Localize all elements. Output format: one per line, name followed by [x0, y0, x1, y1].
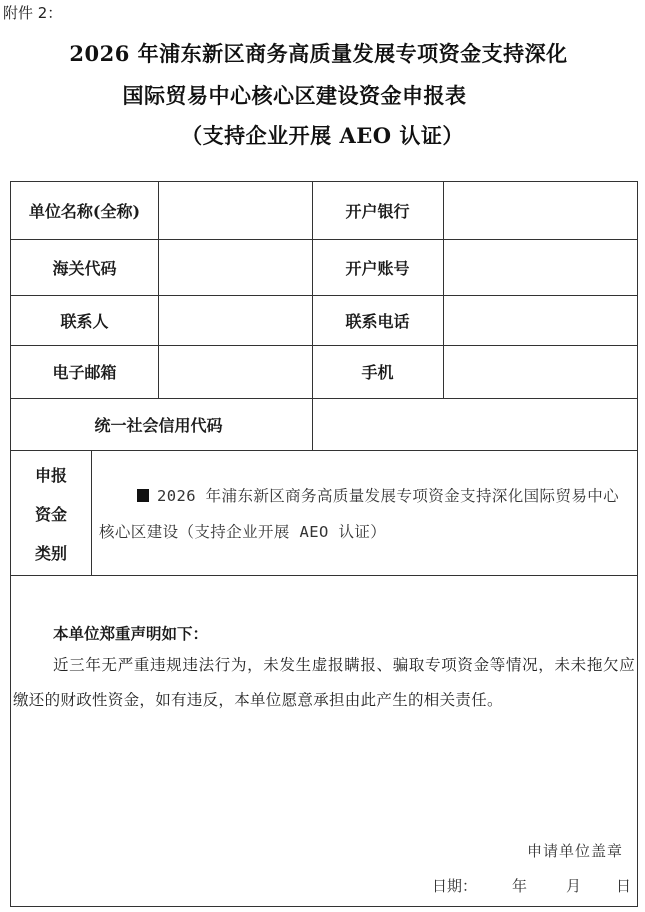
- row-divider: [11, 575, 637, 576]
- date-year: 年: [512, 875, 566, 896]
- label-company-name: 单位名称(全称): [11, 182, 158, 239]
- fund-category-option-text: 2026 年浦东新区商务高质量发展专项资金支持深化国际贸易中心核心区建设（支持企…: [99, 487, 619, 541]
- label-fund-category-line: 资金: [35, 502, 67, 525]
- label-customs-code: 海关代码: [11, 239, 158, 295]
- label-fund-category-line: 申报: [35, 463, 67, 486]
- col-divider: [91, 450, 92, 575]
- application-form-table: 单位名称(全称) 开户银行 海关代码 开户账号 联系人 联系电话 电子邮箱 手机…: [10, 181, 638, 907]
- label-fund-category: 申报 资金 类别: [11, 451, 91, 576]
- seal-label: 申请单位盖章: [527, 840, 623, 861]
- mobile-field[interactable]: [443, 345, 637, 398]
- page-title-line-2: 国际贸易中心核心区建设资金申报表: [0, 80, 617, 110]
- account-number-field[interactable]: [443, 239, 637, 295]
- page-title-line-1: 2026 年浦东新区商务高质量发展专项资金支持深化: [0, 38, 641, 68]
- label-contact-person: 联系人: [11, 295, 158, 345]
- date-line: 日期： 年 月 日: [432, 875, 631, 896]
- date-label: 日期：: [432, 875, 512, 896]
- row-divider: [11, 450, 637, 451]
- date-month: 月: [566, 875, 616, 896]
- email-field[interactable]: [158, 345, 312, 398]
- attachment-label: 附件 2：: [3, 2, 62, 23]
- label-credit-code: 统一社会信用代码: [11, 398, 312, 450]
- customs-code-field[interactable]: [158, 239, 312, 295]
- declaration-body: 近三年无严重违规违法行为，未发生虚报瞒报、骗取专项资金等情况，未未拖欠应缴还的财…: [13, 648, 635, 718]
- bank-field[interactable]: [443, 182, 637, 239]
- label-mobile: 手机: [312, 345, 443, 398]
- declaration-heading: 本单位郑重声明如下：: [53, 622, 208, 644]
- label-account-number: 开户账号: [312, 239, 443, 295]
- page-subtitle: （支持企业开展 AEO 认证）: [0, 120, 645, 150]
- company-name-field[interactable]: [158, 182, 312, 239]
- label-bank: 开户银行: [312, 182, 443, 239]
- fund-category-option: 2026 年浦东新区商务高质量发展专项资金支持深化国际贸易中心核心区建设（支持企…: [99, 478, 629, 550]
- date-day: 日: [616, 875, 631, 896]
- label-email: 电子邮箱: [11, 345, 158, 398]
- contact-person-field[interactable]: [158, 295, 312, 345]
- contact-phone-field[interactable]: [443, 295, 637, 345]
- label-fund-category-line: 类别: [35, 541, 67, 564]
- checked-checkbox-icon[interactable]: [137, 489, 149, 502]
- label-contact-phone: 联系电话: [312, 295, 443, 345]
- credit-code-field[interactable]: [312, 398, 637, 450]
